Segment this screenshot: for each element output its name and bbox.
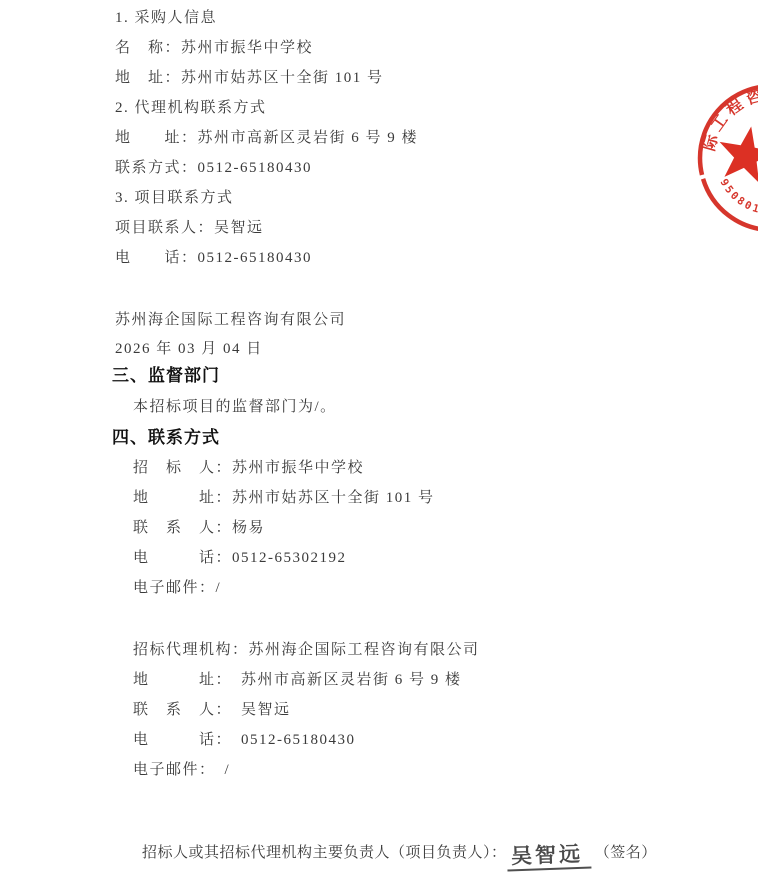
section-heading-contact: 四、联系方式: [112, 423, 758, 453]
bid-agency-name-line: 招标代理机构：苏州海企国际工程咨询有限公司: [133, 635, 758, 665]
project-phone-line: 电 话：0512-65180430: [115, 243, 758, 273]
bid-agency-phone-line: 电 话： 0512-65180430: [133, 725, 758, 755]
handwritten-signature: 吴智远: [506, 843, 591, 872]
tenderer-address-line: 地 址：苏州市姑苏区十全街 101 号: [133, 483, 758, 513]
document-content: 1. 采购人信息 名 称：苏州市振华中学校 地 址：苏州市姑苏区十全街 101 …: [0, 0, 758, 868]
signature-suffix-label: （签名）: [591, 845, 657, 861]
agency-phone-line: 联系方式：0512-65180430: [115, 153, 758, 183]
project-contact-heading: 3. 项目联系方式: [115, 183, 758, 213]
responsible-person-row: 招标人或其招标代理机构主要负责人（项目负责人）：吴智远 （签名）: [142, 838, 758, 868]
signoff-date: 2026 年 03 月 04 日: [115, 335, 758, 363]
buyer-address-line: 地 址：苏州市姑苏区十全街 101 号: [115, 63, 758, 93]
document-page: 1. 采购人信息 名 称：苏州市振华中学校 地 址：苏州市姑苏区十全街 101 …: [0, 0, 758, 883]
project-contact-line: 项目联系人：吴智远: [115, 213, 758, 243]
agency-address-line: 地 址：苏州市高新区灵岩街 6 号 9 楼: [115, 123, 758, 153]
tenderer-name-line: 招 标 人：苏州市振华中学校: [133, 453, 758, 483]
responsible-person-label: 招标人或其招标代理机构主要负责人（项目负责人）：: [142, 845, 507, 861]
signoff-company: 苏州海企国际工程咨询有限公司: [115, 305, 758, 335]
tenderer-email-line: 电子邮件：/: [133, 573, 758, 603]
bid-agency-address-line: 地 址： 苏州市高新区灵岩街 6 号 9 楼: [133, 665, 758, 695]
tenderer-phone-line: 电 话：0512-65302192: [133, 543, 758, 573]
buyer-info-heading: 1. 采购人信息: [115, 3, 758, 33]
supervision-body: 本招标项目的监督部门为/。: [133, 391, 758, 423]
section-heading-supervision: 三、监督部门: [112, 361, 758, 391]
bid-agency-email-line: 电子邮件： /: [133, 755, 758, 785]
agency-contact-heading: 2. 代理机构联系方式: [115, 93, 758, 123]
tenderer-contact-line: 联 系 人：杨易: [133, 513, 758, 543]
bid-agency-contact-line: 联 系 人： 吴智远: [133, 695, 758, 725]
buyer-name-line: 名 称：苏州市振华中学校: [115, 33, 758, 63]
